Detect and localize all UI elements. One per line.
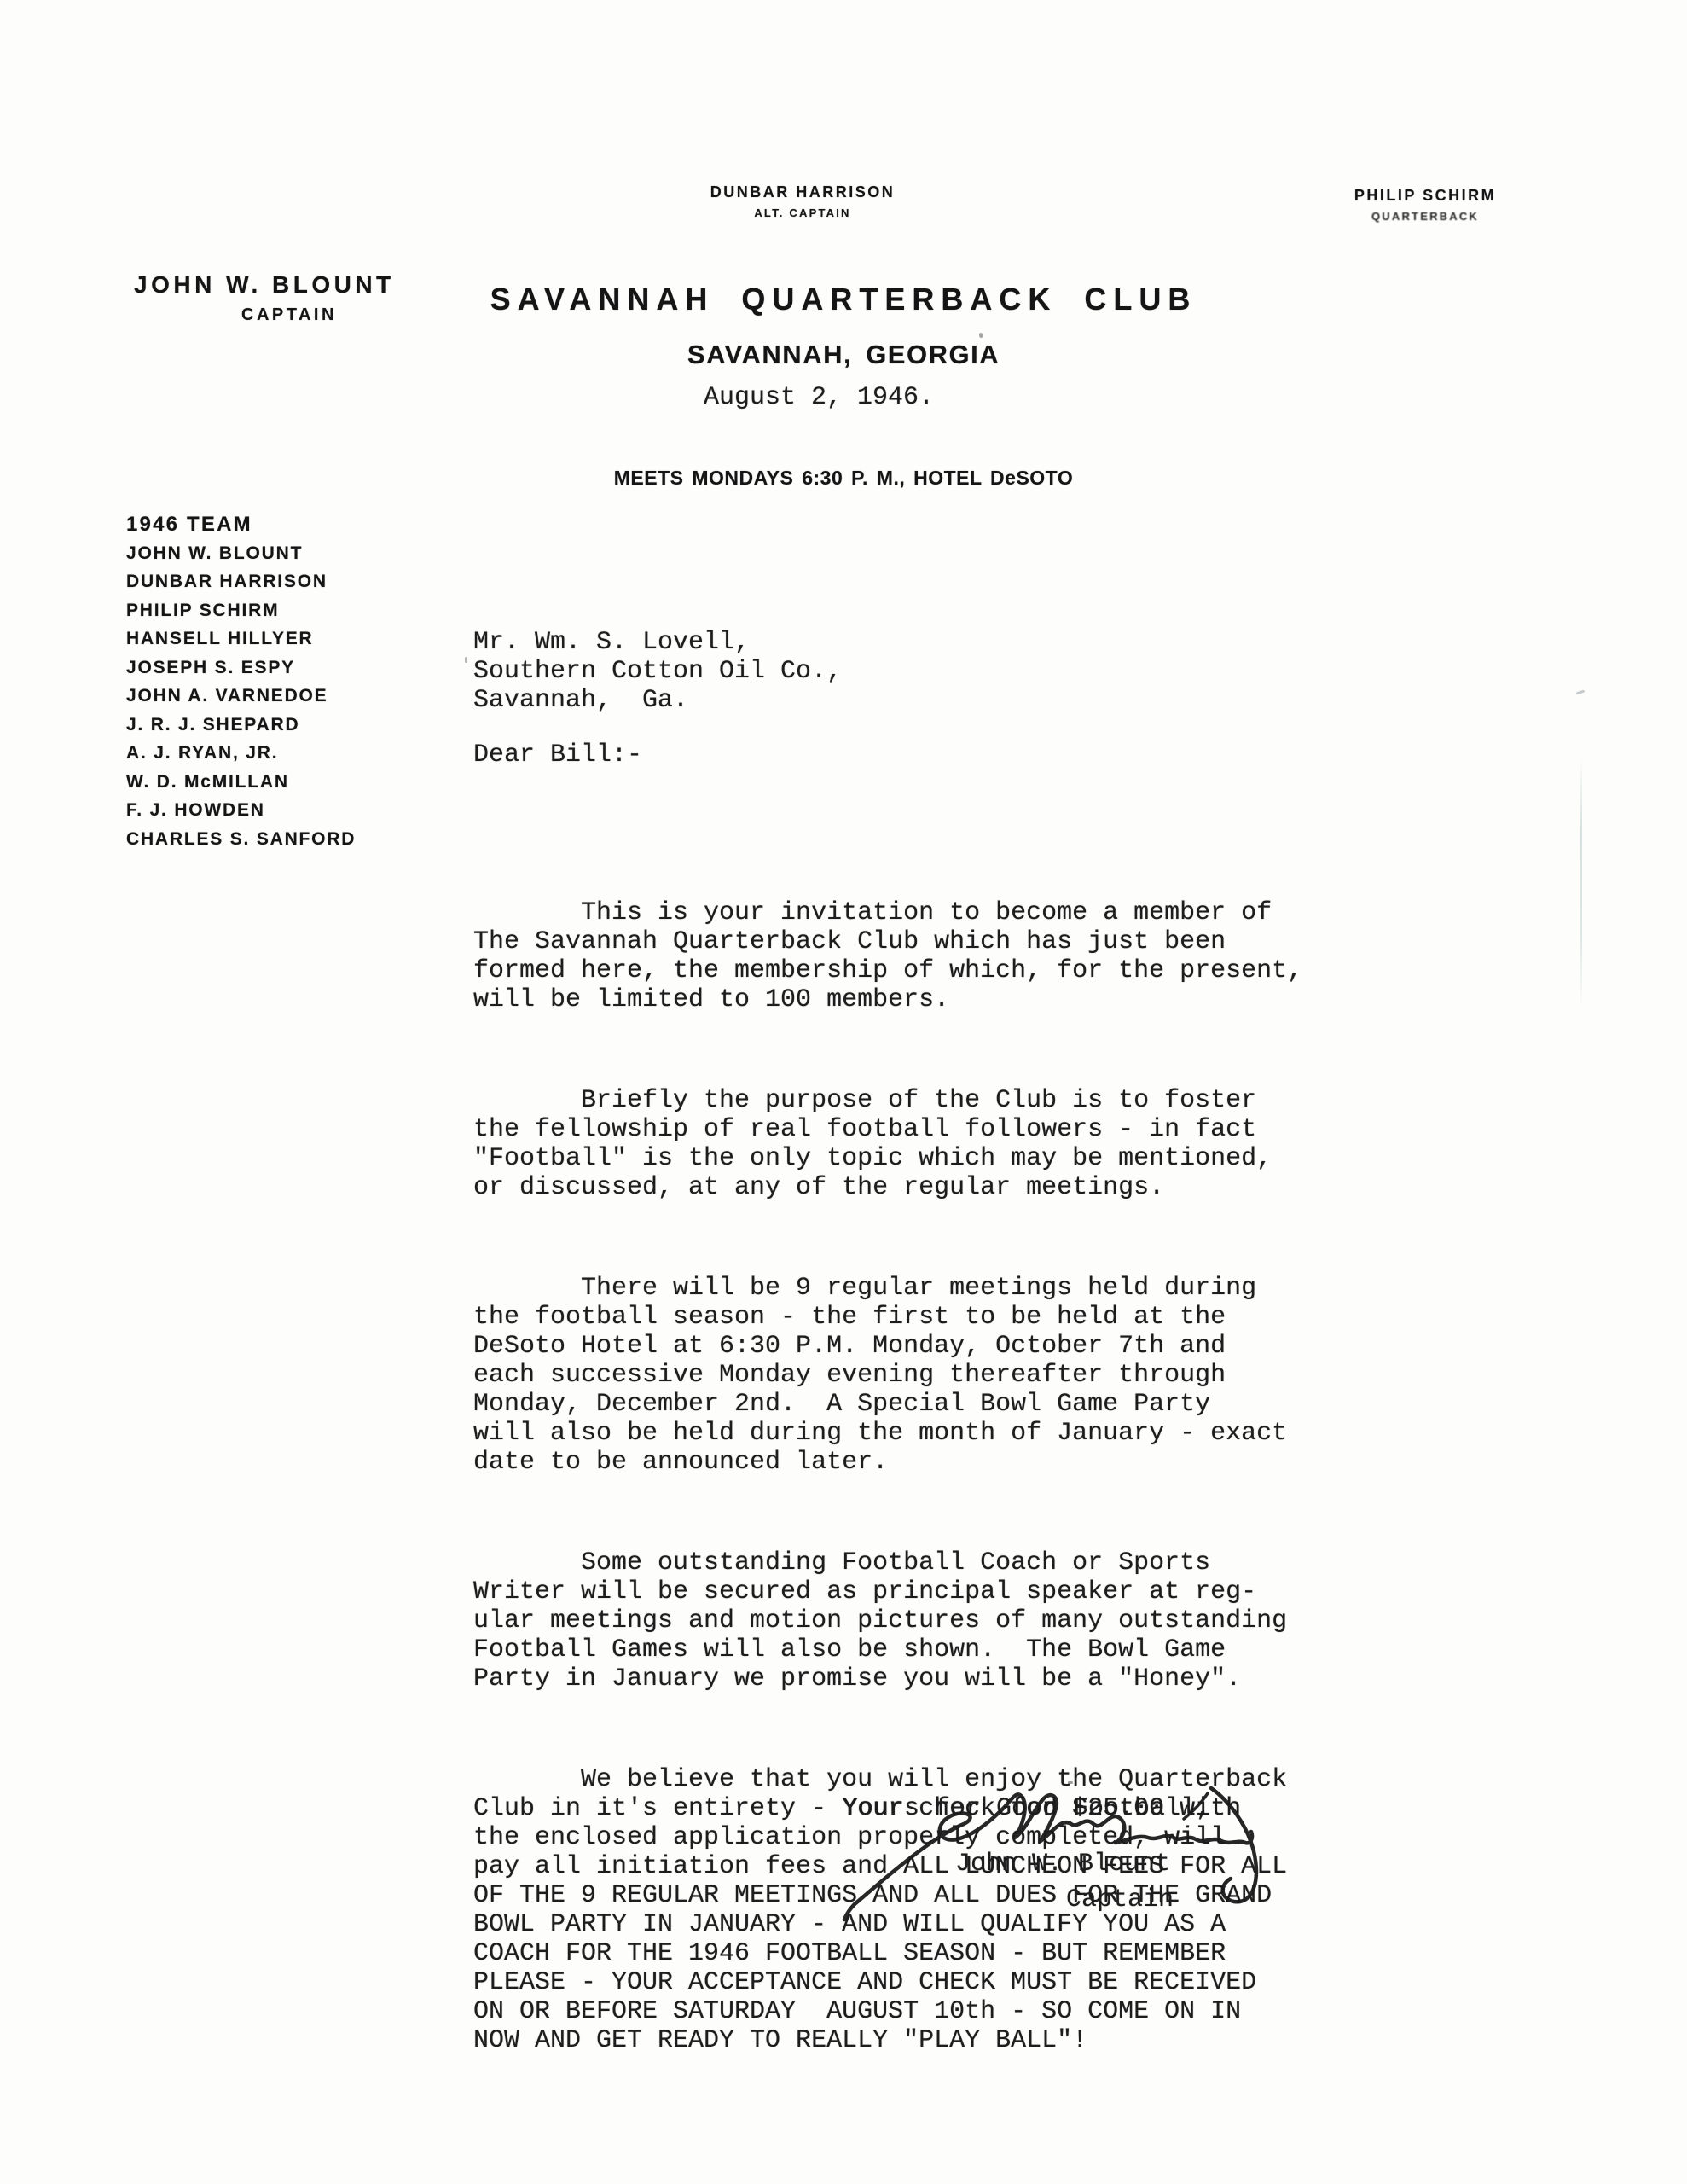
team-roster-member: JOSEPH S. ESPY: [126, 653, 356, 682]
team-roster-member: J. R. J. SHEPARD: [126, 711, 356, 740]
club-name-title: SAVANNAH QUARTERBACK CLUB: [0, 284, 1687, 315]
scan-speck: [465, 657, 467, 663]
team-roster-member: PHILIP SCHIRM: [126, 596, 356, 625]
letter-date: August 2, 1946.: [704, 383, 934, 412]
team-roster-member: A. J. RYAN, JR.: [126, 739, 356, 768]
letterhead-quarterback-name: PHILIP SCHIRM: [1354, 188, 1496, 203]
paragraph-invitation: This is your invitation to become a memb…: [473, 898, 1302, 1014]
handwritten-signature: [810, 1749, 1322, 1954]
scan-speck: [979, 333, 983, 338]
letterhead-quarterback-title: QUARTERBACK: [1371, 211, 1479, 222]
letter-scan-page: DUNBAR HARRISON ALT. CAPTAIN PHILIP SCHI…: [0, 0, 1687, 2184]
letterhead-alt-captain-title: ALT. CAPTAIN: [754, 207, 850, 218]
team-roster-member: W. D. McMILLAN: [126, 768, 356, 797]
team-roster-heading: 1946 TEAM: [126, 510, 356, 539]
team-roster-member: CHARLES S. SANFORD: [126, 825, 356, 854]
team-roster: 1946 TEAM JOHN W. BLOUNT DUNBAR HARRISON…: [126, 510, 356, 853]
team-roster-member: JOHN A. VARNEDOE: [126, 682, 356, 711]
paragraph-purpose: Briefly the purpose of the Club is to fo…: [473, 1086, 1302, 1202]
letterhead-alt-captain-name: DUNBAR HARRISON: [710, 184, 896, 200]
recipient-address: Mr. Wm. S. Lovell, Southern Cotton Oil C…: [473, 628, 842, 715]
team-roster-member: F. J. HOWDEN: [126, 796, 356, 825]
team-roster-member: DUNBAR HARRISON: [126, 567, 356, 596]
scan-speck: [1576, 690, 1585, 695]
salutation: Dear Bill:-: [473, 741, 642, 770]
team-roster-member: JOHN W. BLOUNT: [126, 539, 356, 568]
paragraph-speakers: Some outstanding Football Coach or Sport…: [473, 1548, 1302, 1693]
paragraph-meetings: There will be 9 regular meetings held du…: [473, 1274, 1302, 1477]
club-city: SAVANNAH, GEORGIA: [0, 341, 1687, 368]
scanner-streak: [1580, 758, 1582, 1009]
meets-line: MEETS MONDAYS 6:30 P. M., HOTEL DeSOTO: [0, 468, 1687, 488]
team-roster-member: HANSELL HILLYER: [126, 624, 356, 653]
